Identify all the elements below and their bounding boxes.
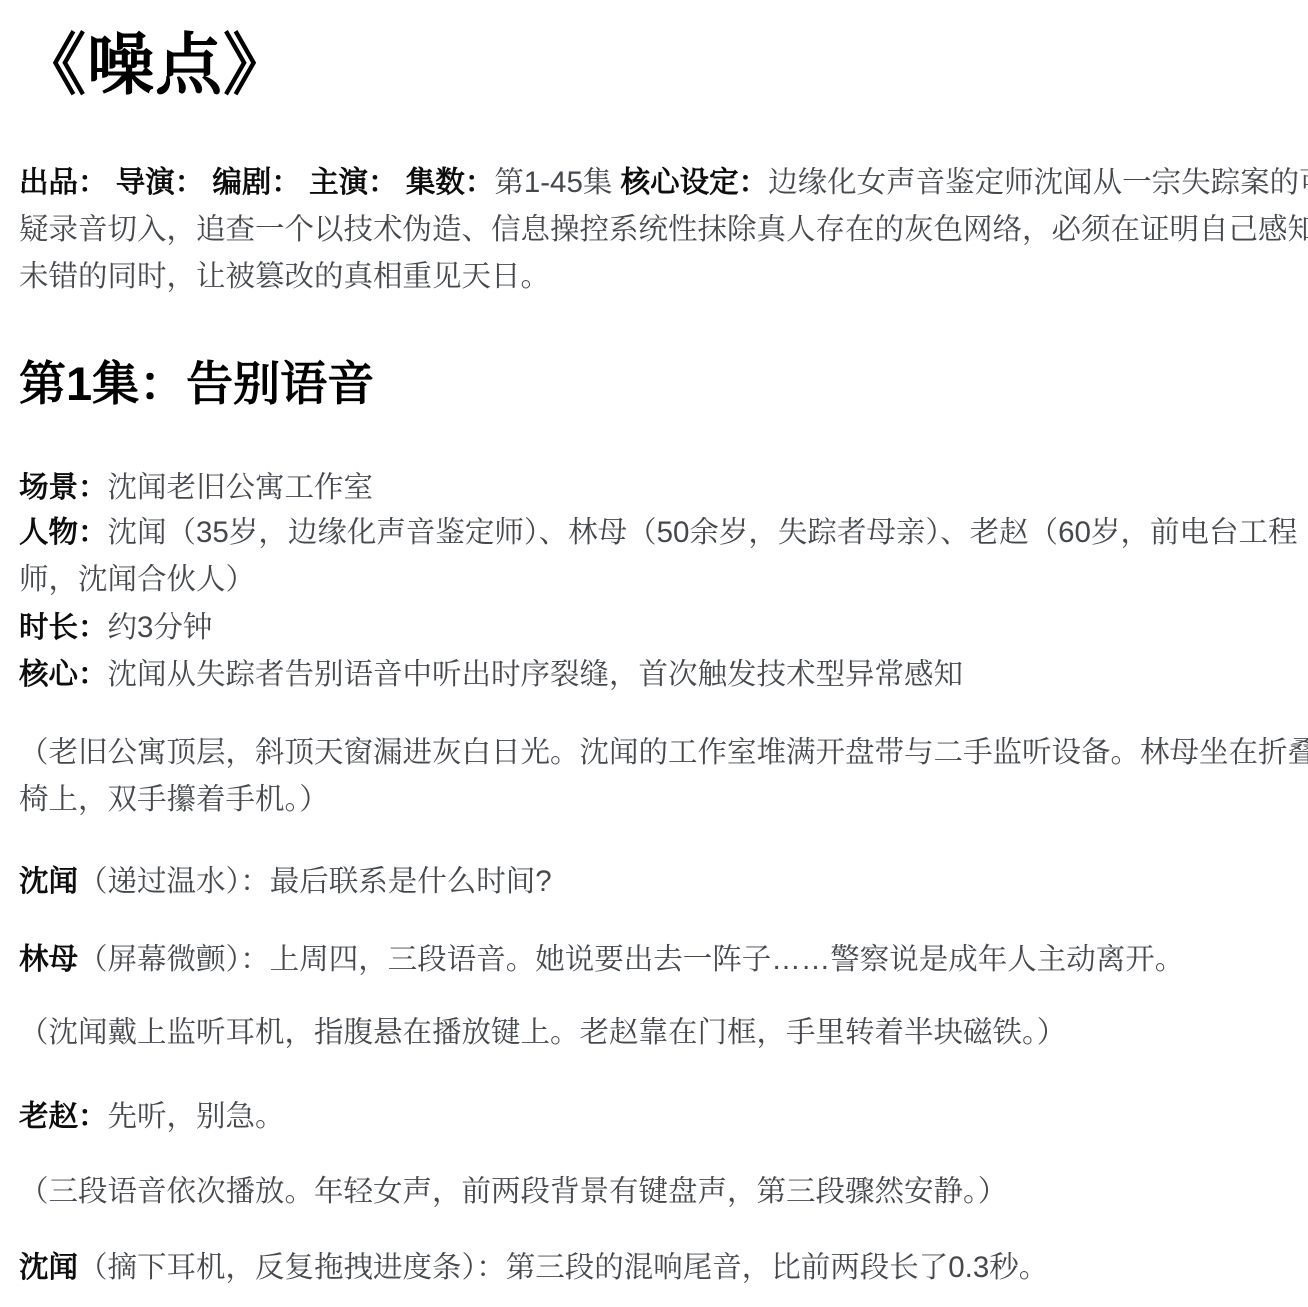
scene-line: 场景：沈闻老旧公寓工作室 [19,464,373,511]
core-setting-text: 边缘化女声音鉴定师沈闻从一宗失踪案的可 [768,166,1308,199]
speaker-linmu: 林母 [19,943,78,976]
label-episode-count: 集数： [406,166,495,199]
scene-text: 沈闻老旧公寓工作室 [108,471,374,504]
speaker-shenwen: 沈闻 [19,865,78,898]
speaker-shenwen-2: 沈闻 [19,1251,78,1284]
speaker-laozhao: 老赵： [19,1100,108,1133]
stage-direction-1-line-2: 椅上，双手攥着手机。） [19,776,329,823]
dialogue-linmu-text: （屏幕微颤）：上周四，三段语音。她说要出去一阵子……警察说是成年人主动离开。 [78,943,1184,976]
dialogue-laozhao-text: 先听，别急。 [108,1100,285,1133]
label-writer: 编剧： [212,166,309,199]
label-starring: 主演： [309,166,406,199]
episode-count-value: 第1-45集 [494,166,620,199]
label-core-setting: 核心设定： [621,166,769,199]
intro-line-1: 出品： 导演： 编剧： 主演： 集数：第1-45集 核心设定：边缘化女声音鉴定师… [19,159,1308,206]
duration-label: 时长： [19,611,108,644]
duration-line: 时长：约3分钟 [19,604,212,651]
stage-direction-1-line-1: （老旧公寓顶层，斜顶天窗漏进灰白日光。沈闻的工作室堆满开盘带与二手监听设备。林母… [19,729,1308,776]
dialogue-shenwen-2-text: （摘下耳机，反复拖拽进度条）：第三段的混响尾音，比前两段长了0.3秒。 [78,1251,1048,1284]
stage-direction-3: （三段语音依次播放。年轻女声，前两段背景有键盘声，第三段骤然安静。） [19,1168,1007,1215]
cast-text-1: 沈闻（35岁，边缘化声音鉴定师）、林母（50余岁，失踪者母亲）、老赵（60岁，前… [108,516,1298,549]
label-producer: 出品： [19,166,116,199]
dialogue-shenwen-1: 沈闻（递过温水）：最后联系是什么时间? [19,858,552,905]
intro-line-3: 未错的同时，让被篡改的真相重见天日。 [19,253,550,300]
page-title: 《噪点》 [19,26,291,106]
script-document: 《噪点》 出品： 导演： 编剧： 主演： 集数：第1-45集 核心设定：边缘化女… [0,0,1308,1307]
episode-heading: 第1集：告别语音 [19,355,374,413]
dialogue-shenwen-2: 沈闻（摘下耳机，反复拖拽进度条）：第三段的混响尾音，比前两段长了0.3秒。 [19,1244,1048,1291]
scene-label: 场景： [19,471,108,504]
core-label: 核心： [19,658,108,691]
intro-line-2: 疑录音切入，追查一个以技术伪造、信息操控系统性抹除真人存在的灰色网络，必须在证明… [19,206,1308,253]
label-director: 导演： [116,166,213,199]
dialogue-laozhao: 老赵：先听，别急。 [19,1093,285,1140]
dialogue-shenwen-1-text: （递过温水）：最后联系是什么时间? [78,865,552,898]
core-line: 核心：沈闻从失踪者告别语音中听出时序裂缝，首次触发技术型异常感知 [19,651,963,698]
cast-line-2: 师，沈闻合伙人） [19,556,255,603]
cast-label: 人物： [19,516,108,549]
duration-text: 约3分钟 [108,611,213,644]
cast-line-1: 人物：沈闻（35岁，边缘化声音鉴定师）、林母（50余岁，失踪者母亲）、老赵（60… [19,509,1297,556]
stage-direction-2: （沈闻戴上监听耳机，指腹悬在播放键上。老赵靠在门框，手里转着半块磁铁。） [19,1009,1066,1056]
dialogue-linmu: 林母（屏幕微颤）：上周四，三段语音。她说要出去一阵子……警察说是成年人主动离开。 [19,936,1184,983]
core-text: 沈闻从失踪者告别语音中听出时序裂缝，首次触发技术型异常感知 [108,658,964,691]
